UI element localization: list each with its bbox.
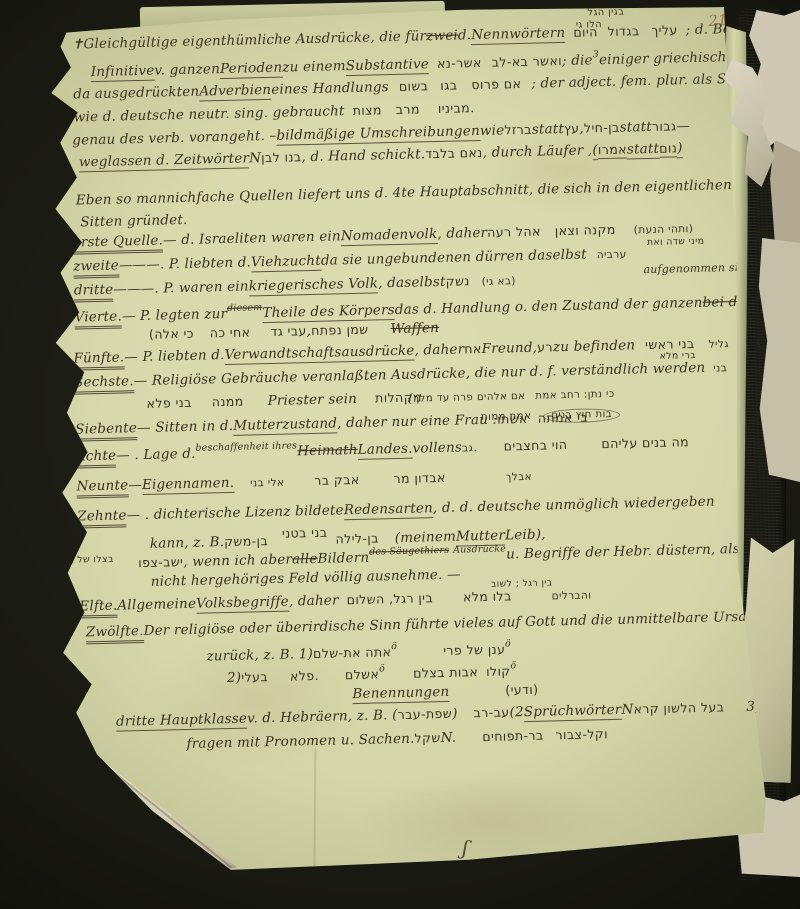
script-line: {אם אלהים פרה עד מלךכי נתן: רחב אמת	[406, 387, 614, 405]
script-line: מיני שדה ואת	[647, 236, 705, 248]
script-line: wie d. deutsche neutr. sing. gebraucht מ…	[74, 100, 475, 125]
script-line: dritte Hauptklasse v. d. Hebräern, z. B.…	[116, 697, 800, 731]
script-line: בני פלאממנהPriester seinמקהלות	[146, 389, 422, 411]
manuscript-photograph: בגין הגלהלו גי✝ Gleichgültige eigenthüml…	[0, 0, 800, 909]
script-line: Eben so mannichfache Quellen liefert uns…	[76, 175, 800, 208]
script-layer: בגין הגלהלו גי✝ Gleichgültige eigenthüml…	[41, 0, 773, 883]
script-line: Neunte — Eigennamen.אלי בניאבק בראבדון מ…	[76, 468, 532, 499]
script-line: 2) בעליפלא.אשלםöאבות בצלםקולוö	[227, 660, 517, 686]
ink-bleed-mark	[757, 338, 767, 350]
script-line: nicht hergehöriges Feld völlig ausnehme.…	[151, 567, 461, 590]
script-line: fragen mit Pronomen u. Sachen. שקל N.בר-…	[186, 726, 608, 752]
script-line: Benennungen(ודעי)	[352, 682, 538, 704]
manuscript-page: בגין הגלהלו גי✝ Gleichgültige eigenthüml…	[44, 1, 771, 881]
script-line: Sitten gründet.	[80, 212, 188, 231]
